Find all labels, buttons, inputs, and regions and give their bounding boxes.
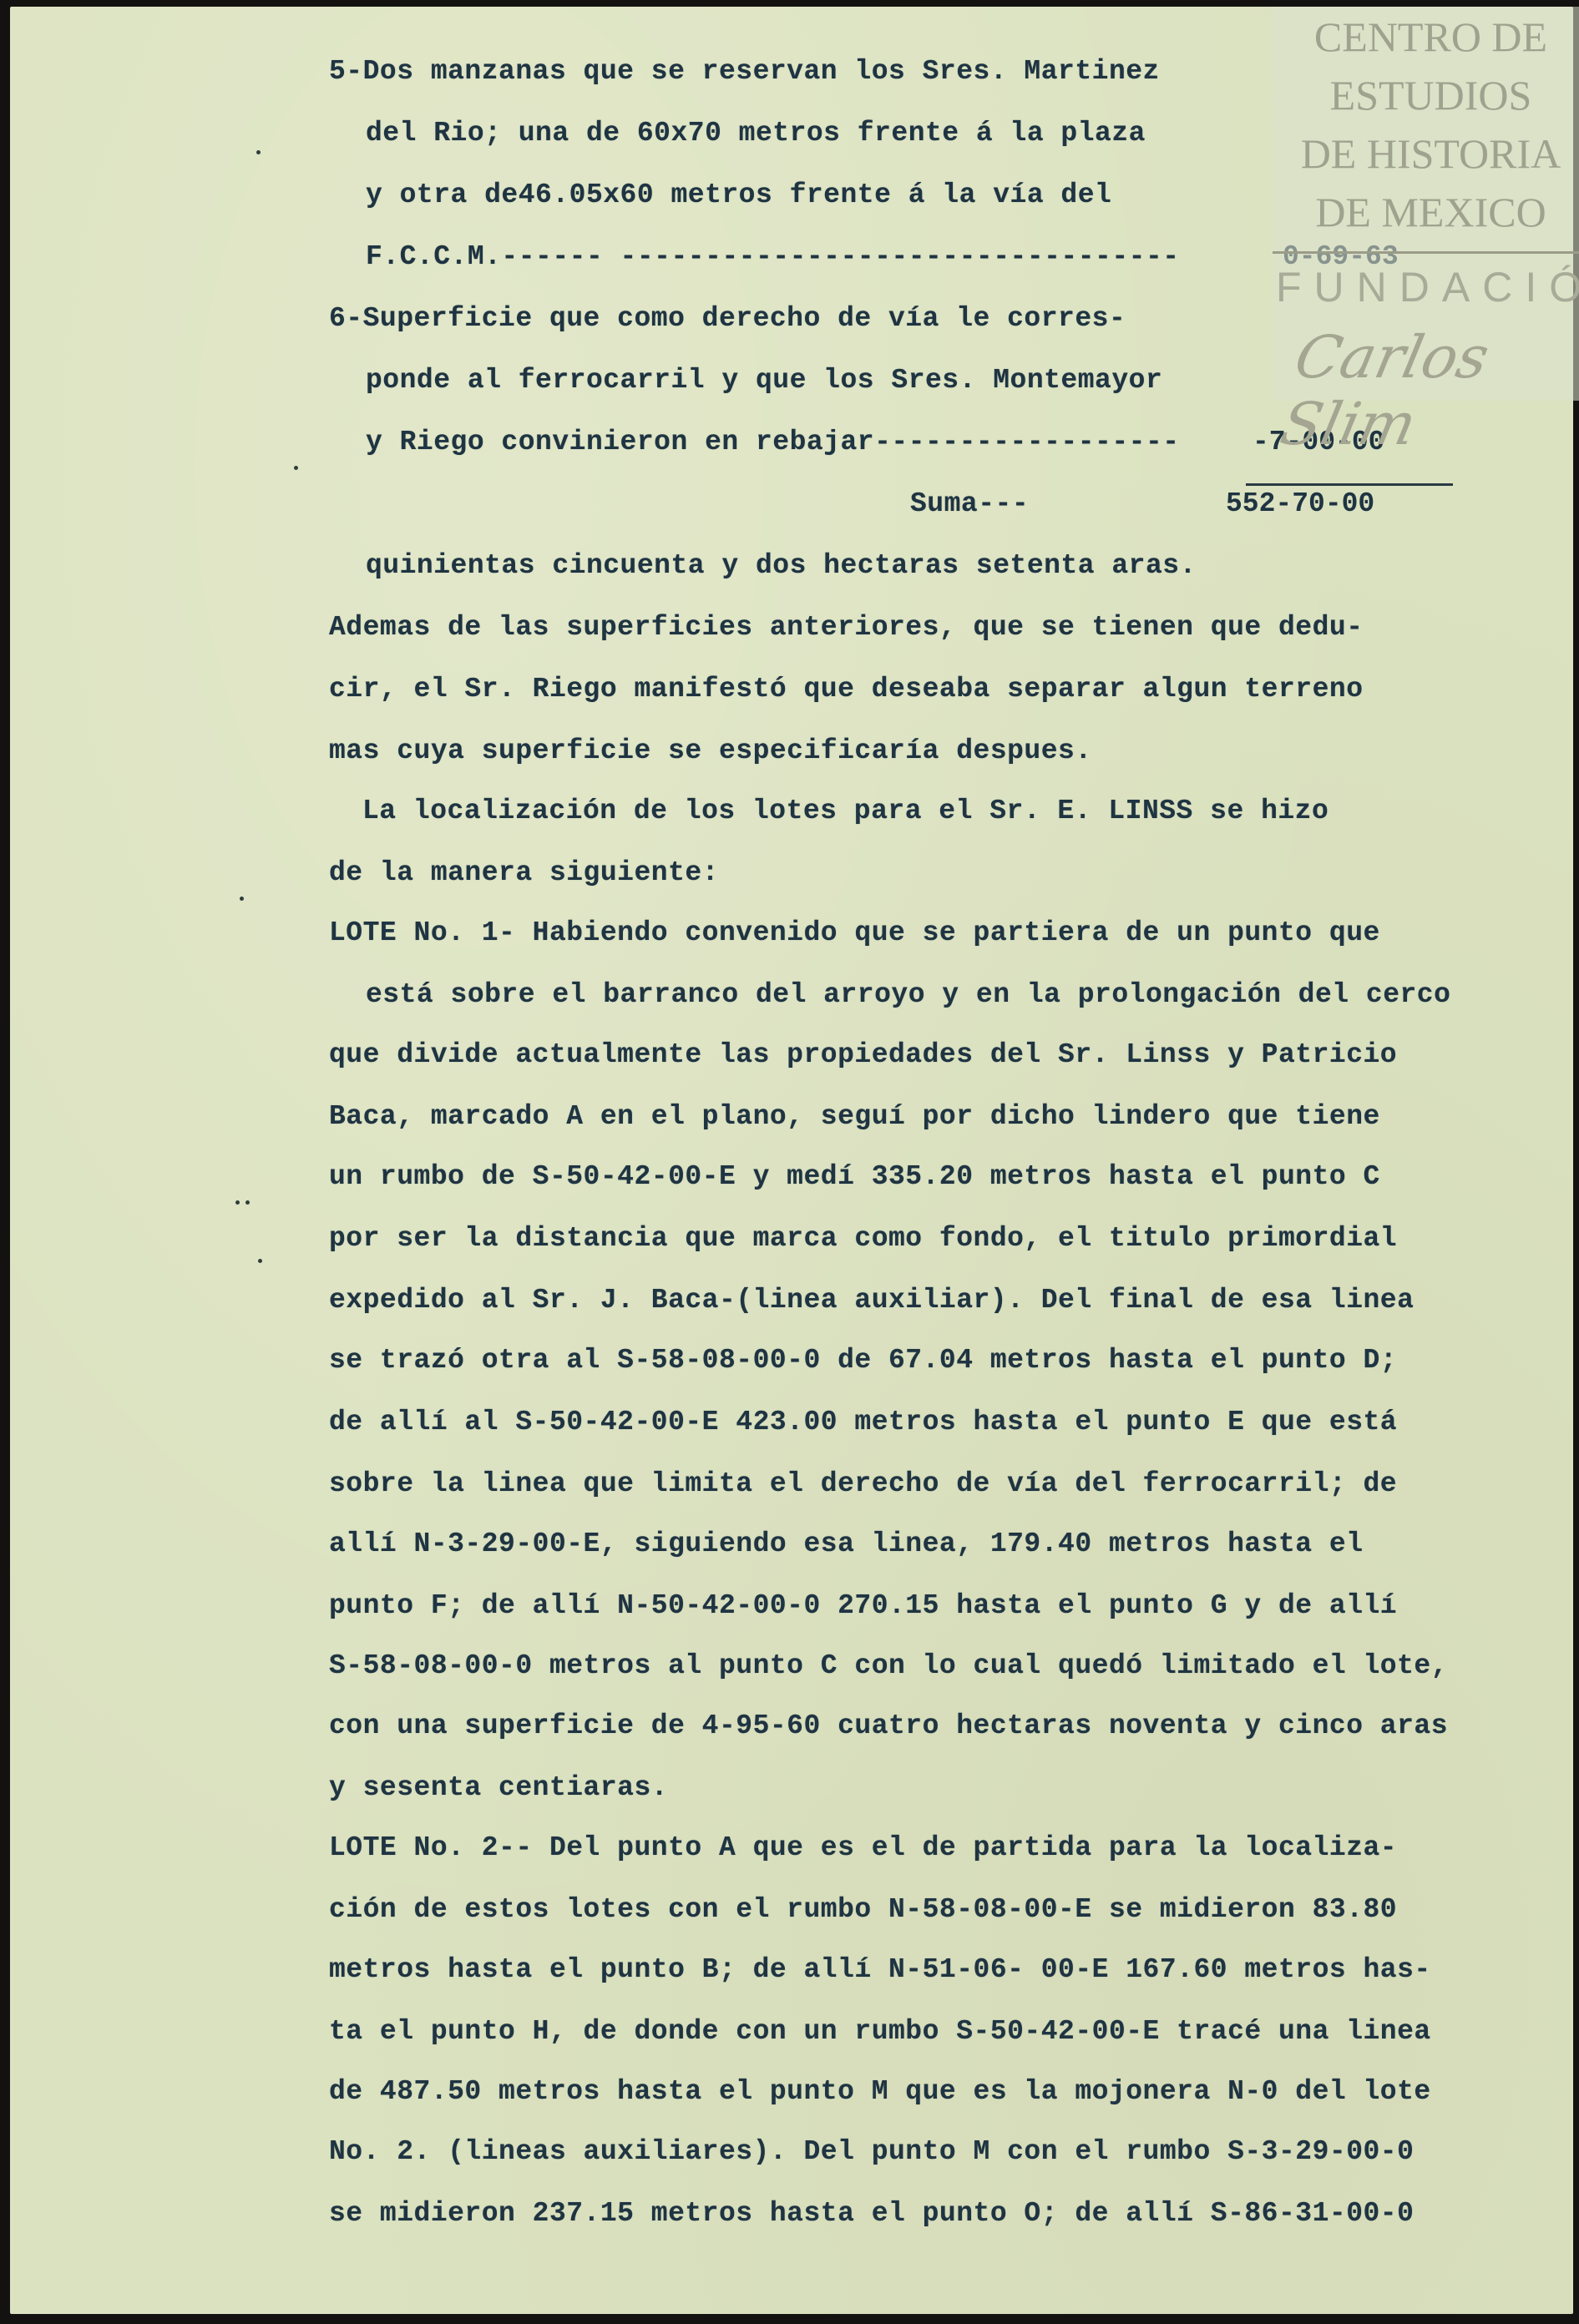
margin-mark (258, 1259, 262, 1263)
document-page: 5-Dos manzanas que se reservan los Sres.… (10, 7, 1573, 2314)
text-line: ción de estos lotes con el rumbo N-58-08… (329, 1893, 1397, 1927)
margin-mark (235, 1200, 240, 1205)
text-line: se trazó otra al S-58-08-00-0 de 67.04 m… (329, 1344, 1397, 1377)
watermark-title-line: ESTUDIOS (1273, 72, 1579, 119)
margin-mark (245, 1200, 250, 1205)
text-line: con una superficie de 4-95-60 cuatro hec… (329, 1710, 1448, 1743)
text-line: y Riego convinieron en rebajar----------… (366, 426, 1180, 459)
text-line: se midieron 237.15 metros hasta el punto… (329, 2197, 1414, 2231)
text-line: 5-Dos manzanas que se reservan los Sres.… (329, 55, 1160, 88)
text-line: de la manera siguiente: (329, 856, 719, 890)
text-line: Suma--- (910, 488, 1029, 521)
text-line: ta el punto H, de donde con un rumbo S-5… (329, 2015, 1431, 2049)
watermark-fundacion: FUNDACIÓN (1276, 264, 1579, 311)
text-line: un rumbo de S-50-42-00-E y medí 335.20 m… (329, 1160, 1380, 1194)
text-line: LOTE No. 1- Habiendo convenido que se pa… (329, 917, 1380, 950)
text-line: de 487.50 metros hasta el punto M que es… (329, 2075, 1431, 2109)
text-line: F.C.C.M.------ -------------------------… (366, 240, 1180, 274)
text-line: S-58-08-00-0 metros al punto C con lo cu… (329, 1650, 1448, 1683)
text-line: allí N-3-29-00-E, siguiendo esa linea, 1… (329, 1528, 1364, 1561)
margin-mark (240, 897, 244, 901)
text-line: sobre la linea que limita el derecho de … (329, 1468, 1397, 1501)
sum-underline (1246, 483, 1453, 486)
text-line: mas cuya superficie se especificaría des… (329, 735, 1092, 768)
text-line: No. 2. (lineas auxiliares). Del punto M … (329, 2135, 1414, 2169)
watermark-title-line: DE MEXICO (1273, 189, 1579, 235)
text-line: y otra de46.05x60 metros frente á la vía… (366, 179, 1111, 212)
text-line: y sesenta centiaras. (329, 1771, 668, 1805)
text-line: punto F; de allí N-50-42-00-0 270.15 has… (329, 1589, 1397, 1623)
margin-mark (294, 466, 298, 470)
text-line: quinientas cincuenta y dos hectaras sete… (366, 549, 1197, 583)
text-line: 6-Superficie que como derecho de vía le … (329, 302, 1126, 336)
text-line: por ser la distancia que marca como fond… (329, 1222, 1397, 1255)
text-line: del Rio; una de 60x70 metros frente á la… (366, 117, 1146, 150)
watermark-title-line: DE HISTORIA (1273, 130, 1579, 177)
text-line: Ademas de las superficies anteriores, qu… (329, 611, 1364, 644)
archive-watermark: CENTRO DE ESTUDIOS DE HISTORIA DE MEXICO… (1273, 7, 1579, 401)
text-line: metros hasta el punto B; de allí N-51-06… (329, 1953, 1431, 1987)
watermark-signature: Carlos Slim (1275, 324, 1579, 457)
margin-mark (256, 150, 261, 154)
text-line: Baca, marcado A en el plano, seguí por d… (329, 1100, 1380, 1134)
watermark-divider (1273, 251, 1579, 254)
text-line: que divide actualmente las propiedades d… (329, 1038, 1397, 1072)
sum-total: 552-70-00 (1226, 488, 1374, 521)
text-line: ponde al ferrocarril y que los Sres. Mon… (366, 364, 1162, 397)
watermark-title-line: CENTRO DE (1273, 13, 1579, 60)
text-line: cir, el Sr. Riego manifestó que deseaba … (329, 673, 1364, 706)
text-line: está sobre el barranco del arroyo y en l… (366, 978, 1450, 1012)
text-line: La localización de los lotes para el Sr.… (362, 795, 1328, 828)
text-line: LOTE No. 2-- Del punto A que es el de pa… (329, 1831, 1397, 1865)
text-line: expedido al Sr. J. Baca-(linea auxiliar)… (329, 1284, 1414, 1317)
text-line: de allí al S-50-42-00-E 423.00 metros ha… (329, 1406, 1397, 1439)
